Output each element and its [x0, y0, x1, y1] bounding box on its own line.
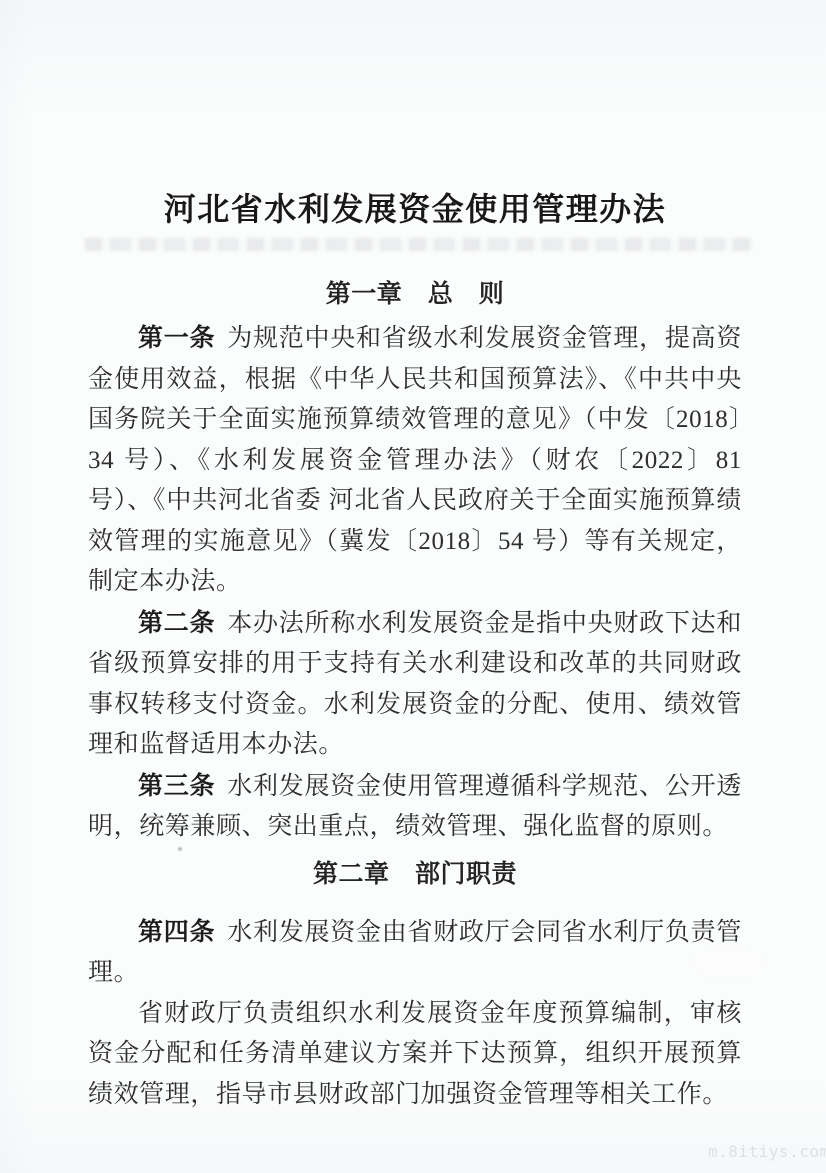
article-1-paragraph: 第一条为规范中央和省级水利发展资金管理，提高资金使用效益，根据《中华人民共和国预…: [88, 318, 742, 603]
article-1-number: 第一条: [138, 324, 215, 352]
site-watermark: m.8itiys.com: [708, 1143, 826, 1161]
article-4-continuation-text: 省财政厅负责组织水利发展资金年度预算编制，审核资金分配和任务清单建议方案并下达预…: [88, 1000, 742, 1108]
article-4-number: 第四条: [138, 918, 215, 946]
article-3-paragraph: 第三条水利发展资金使用管理遵循科学规范、公开透明，统筹兼顾、突出重点，绩效管理、…: [88, 766, 742, 848]
article-1-text: 为规范中央和省级水利发展资金管理，提高资金使用效益，根据《中华人民共和国预算法》…: [88, 325, 742, 595]
page-content: 河北省水利发展资金使用管理办法 第一章 总 则 第一条为规范中央和省级水利发展资…: [88, 0, 742, 1115]
document-title: 河北省水利发展资金使用管理办法: [88, 191, 742, 228]
article-3-number: 第三条: [138, 772, 215, 800]
article-4-paragraph: 第四条水利发展资金由省财政厅会同省水利厅负责管理。: [88, 912, 742, 994]
chapter-2-heading: 第二章 部门职责: [88, 860, 742, 888]
chapter-1-heading: 第一章 总 则: [88, 280, 742, 308]
scanned-document-page: 河北省水利发展资金使用管理办法 第一章 总 则 第一条为规范中央和省级水利发展资…: [0, 0, 826, 1173]
article-2-paragraph: 第二条本办法所称水利发展资金是指中央财政下达和省级预算安排的用于支持有关水利建设…: [88, 603, 742, 766]
article-2-number: 第二条: [138, 609, 215, 637]
article-4-continuation-paragraph: 省财政厅负责组织水利发展资金年度预算编制，审核资金分配和任务清单建议方案并下达预…: [88, 994, 742, 1116]
